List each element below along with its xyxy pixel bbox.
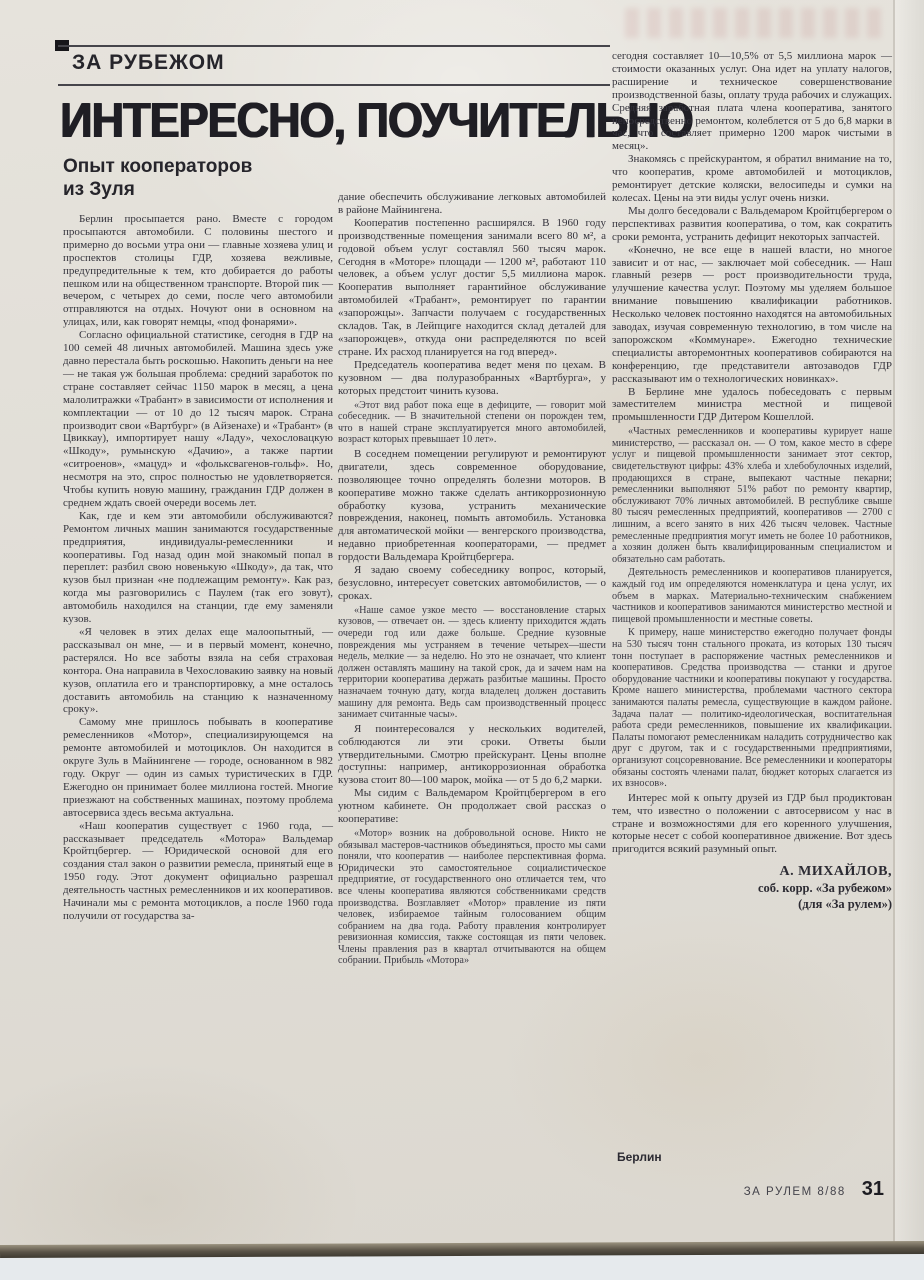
body-paragraph: Мы сидим с Вальдемаром Кройтцбергером в … [338,787,606,826]
author-name: А. МИХАЙЛОВ, [612,864,892,880]
body-paragraph: Согласно официальной статистике, сегодня… [63,329,333,510]
body-paragraph: «Частных ремесленников и кооперативы кур… [612,426,892,565]
article-subhead: Опыт кооператоровиз Зуля [63,155,333,201]
body-paragraph: «Мотор» возник на добровольной основе. Н… [338,828,606,967]
body-paragraph: Деятельность ремесленников и кооперативо… [612,567,892,625]
body-paragraph: дание обеспечить обслуживание легковых а… [338,191,606,217]
page-crease [893,0,895,1243]
magazine-issue-label: ЗА РУЛЕМ 8/88 [744,1186,846,1198]
column-2: дание обеспечить обслуживание легковых а… [338,191,606,969]
body-paragraph: сегодня составляет 10—10,5% от 5,5 милли… [612,50,892,153]
body-paragraph: «Этот вид работ пока еще в дефиците, — г… [338,400,606,446]
header-rule-top [58,45,610,47]
body-paragraph: «Наш кооператив существует с 1960 года, … [63,820,333,923]
article-title: ИНТЕРЕСНО, ПОУЧИТЕЛЬНО [60,92,612,149]
show-through-texture [625,8,885,38]
magazine-page-scan: ЗА РУБЕЖОМ ИНТЕРЕСНО, ПОУЧИТЕЛЬНО Опыт к… [0,0,924,1280]
subhead-line-2: из Зуля [63,179,135,200]
page-right-edge [895,0,924,1243]
body-paragraph: К примеру, наше министерство ежегодно по… [612,627,892,789]
body-paragraph: Мы долго беседовали с Вальдемаром Кройтц… [612,205,892,244]
body-paragraph: Знакомясь с прейскурантом, я обратил вни… [612,153,892,205]
body-paragraph: Как, где и кем эти автомобили обслуживаю… [63,510,333,626]
subhead-line-1: Опыт кооператоров [63,156,252,177]
header-rule-bottom [58,84,610,86]
body-paragraph: Я задаю своему собеседнику вопрос, котор… [338,564,606,603]
author-role: соб. корр. «За рубежом» [612,880,892,896]
body-paragraph: Я поинтересовался у нескольких водителей… [338,723,606,788]
page-number: 31 [862,1178,884,1201]
author-role-2: (для «За рулем») [612,896,892,912]
body-paragraph: «Конечно, не все еще в нашей власти, но … [612,244,892,386]
body-paragraph: «Я человек в этих делах еще малоопытный,… [63,626,333,716]
body-paragraph: Кооператив постепенно расширялся. В 1960… [338,217,606,359]
dateline: Берлин [617,1150,662,1164]
byline: А. МИХАЙЛОВ, соб. корр. «За рубежом» (дл… [612,864,892,912]
body-paragraph: Председатель кооператива ведет меня по ц… [338,359,606,398]
body-paragraph: Самому мне пришлось побывать в кооперати… [63,716,333,819]
body-paragraph: Берлин просыпается рано. Вместе с городо… [63,213,333,329]
page-footer: ЗА РУЛЕМ 8/88 31 [744,1178,884,1201]
body-paragraph: Интерес мой к опыту друзей из ГДР был пр… [612,792,892,857]
column-3: сегодня составляет 10—10,5% от 5,5 милли… [612,50,892,912]
body-paragraph: «Наше самое узкое место — восстановление… [338,605,606,721]
section-kicker: ЗА РУБЕЖОМ [72,51,225,75]
body-paragraph: В Берлине мне удалось побеседовать с пер… [612,386,892,425]
column-1: Опыт кооператоровиз Зуля Берлин просыпае… [63,155,333,923]
page-bottom-edge [0,1241,924,1258]
body-paragraph: В соседнем помещении регулируют и ремонт… [338,448,606,564]
